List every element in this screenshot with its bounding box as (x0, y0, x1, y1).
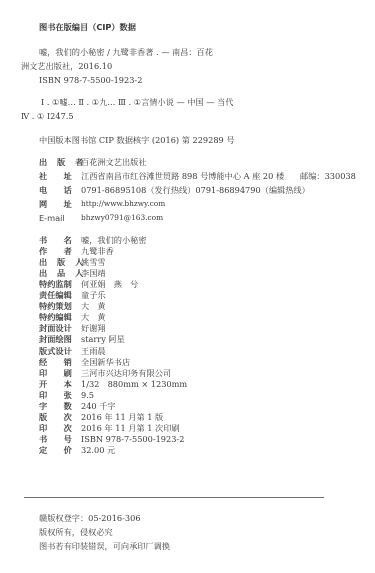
field-value: 李国靖 (81, 269, 106, 277)
divider-line (24, 497, 324, 498)
field-label: 网 址 (39, 200, 72, 208)
postcode-value: 330038 (325, 171, 356, 181)
field-label: 书 号 (39, 435, 72, 443)
field-label: 封面设计 (39, 324, 72, 332)
field-value: 2016 年 11 月第 1 版 (81, 413, 163, 421)
field-label: 社 址 (39, 172, 72, 180)
field-label: 出 版 人 (39, 258, 87, 266)
field-value: 何亚娟 燕 兮 (81, 280, 138, 288)
field-value: 百花洲文艺出版社 (81, 158, 147, 166)
cip-heading: 图书在版编目（CIP）数据 (39, 23, 136, 31)
field-label: 特约策划 (39, 302, 72, 310)
field-value: 三河市兴达印务有限公司 (81, 369, 171, 377)
field-value: 大 黄 (81, 313, 106, 321)
field-value: 9.5 (81, 391, 94, 399)
field-label: 特约监制 (39, 280, 72, 288)
field-label: 电 话 (39, 186, 72, 194)
field-label: 版 次 (39, 413, 72, 421)
field-value: 姚雪雪 (81, 258, 106, 266)
field-value: 1/32 880mm × 1230mm (81, 380, 187, 388)
field-value: 大 黄 (81, 302, 106, 310)
cip-isbn-line: ISBN 978-7-5500-1923-2 (39, 76, 142, 84)
field-value: 32.00 元 (81, 446, 115, 454)
field-label: 书 名 (39, 236, 72, 244)
cip-classification-number: Ⅳ . ① I247.5 (21, 112, 74, 120)
field-value: 0791-86895108（发行热线）0791-86894790（编辑热线） (81, 186, 310, 194)
misprint-notice: 图书若有印装错误，可向承印厂调换 (39, 542, 170, 550)
cip-classification-line: Ⅰ . ①嘘… Ⅱ . ①九… Ⅲ . ①言情小说 — 中国 — 当代 (41, 98, 233, 106)
field-label: 印 张 (39, 391, 72, 399)
field-label: 责任编辑 (39, 291, 72, 299)
field-label: 印 刷 (39, 369, 72, 377)
field-label: 定 价 (39, 446, 72, 454)
field-label: 出 版 者 (39, 158, 87, 166)
rights-notice: 版权所有，侵权必究 (39, 528, 113, 536)
field-value: 江西省南昌市红谷滩世贸路 898 号博能中心 A 座 20 楼 (81, 172, 284, 180)
field-label: 版式设计 (39, 347, 72, 355)
field-value: 嘘，我们的小秘密 (81, 236, 147, 244)
cip-title-line: 嘘，我们的小秘密 / 九鹭非香著 . — 南昌：百花 (39, 48, 213, 56)
field-label: 经 销 (39, 358, 72, 366)
cip-publisher-line: 洲文艺出版社，2016.10 (21, 62, 112, 70)
postcode: 邮编：330038 (300, 172, 356, 180)
field-value: 好谢翔 (81, 324, 106, 332)
field-value: 王雨晨 (81, 347, 106, 355)
field-label: 开 本 (39, 380, 72, 388)
field-label: 出 品 人 (39, 269, 87, 277)
field-label: 作 者 (39, 247, 72, 255)
field-value: 童子乐 (81, 291, 106, 299)
website-link[interactable]: http://www.bhzwy.com (81, 200, 165, 207)
field-label: 封面绘图 (39, 335, 72, 343)
field-value: ISBN 978-7-5500-1923-2 (81, 435, 184, 443)
field-label: 特约编辑 (39, 313, 72, 321)
copyright-registration: 赣版权登字：05-2016-306 (39, 514, 141, 522)
field-value: 全国新华书店 (81, 358, 130, 366)
field-value: 九鹭非香 (81, 247, 114, 255)
field-label: 印 次 (39, 424, 72, 432)
field-value: 2016 年 11 月第 1 次印刷 (81, 424, 180, 432)
cip-record-id: 中国版本图书馆 CIP 数据核字 (2016) 第 229289 号 (39, 136, 235, 144)
field-value: 240 千字 (81, 402, 116, 410)
field-label: 字 数 (39, 402, 72, 410)
email-link[interactable]: bhzwy0791@163.com (81, 214, 163, 221)
field-value: starry 阿星 (81, 335, 125, 343)
field-label: E-mail (39, 214, 65, 222)
postcode-label: 邮编： (300, 171, 325, 181)
